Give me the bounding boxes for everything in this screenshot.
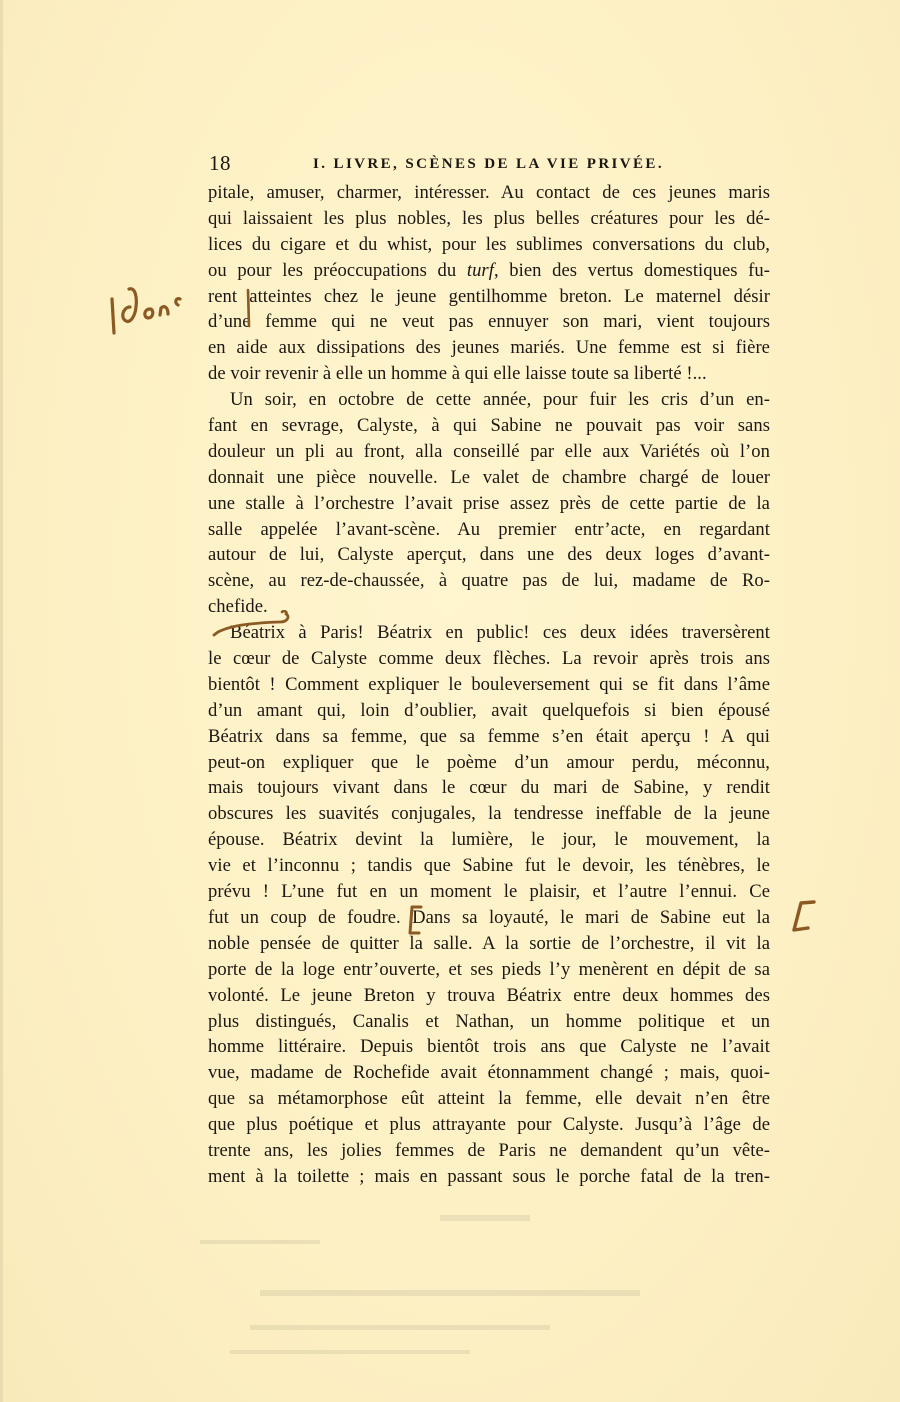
page-header: 18 I. LIVRE, SCÈNES DE LA VIE PRIVÉE. [209, 150, 771, 176]
text-line: mais toujours vivant dans le cœur du mar… [208, 775, 770, 801]
text-line: homme littéraire. Depuis bientôt trois a… [208, 1034, 770, 1060]
text-line: pitale, amuser, charmer, intéresser. Au … [208, 180, 770, 206]
text-line: fut un coup de foudre. Dans sa loyauté, … [208, 905, 770, 931]
text-line: scène, au rez-de-chaussée, à quatre pas … [208, 568, 770, 594]
paragraph-bracket-inline [406, 904, 424, 936]
text-line: salle appelée l’avant-scène. Au premier … [208, 517, 770, 543]
text-line: ment à la toilette ; mais en passant sou… [208, 1164, 770, 1190]
text-line: chefide. [208, 594, 770, 620]
paragraph-start-line: Béatrix à Paris! Béatrix en public! ces … [208, 620, 770, 646]
text-line: que sa métamorphose eût atteint la femme… [208, 1086, 770, 1112]
text-line: vie et l’inconnu ; tandis que Sabine fut… [208, 853, 770, 879]
text-line: lices du cigare et du whist, pour les su… [208, 232, 770, 258]
text-line: ou pour les préoccupations du turf, bien… [208, 258, 770, 284]
text-line: noble pensée de quitter la salle. A la s… [208, 931, 770, 957]
text-line: d’une femme qui ne veut pas ennuyer son … [208, 309, 770, 335]
paragraph-bracket-margin [790, 898, 820, 934]
text-line: qui laissaient les plus nobles, les plus… [208, 206, 770, 232]
text-segment: , bien des vertus domestiques fu- [494, 260, 770, 281]
text-line: porte de la loge entr’ouverte, et ses pi… [208, 957, 770, 983]
insertion-mark [244, 288, 254, 328]
text-segment: ou pour les préoccupations du [208, 260, 467, 281]
paragraph-join-mark [210, 610, 290, 640]
text-line: le cœur de Calyste comme deux flèches. L… [208, 646, 770, 672]
text-line: Béatrix dans sa femme, que sa femme s’en… [208, 724, 770, 750]
text-line: fant en sevrage, Calyste, à qui Sabine n… [208, 413, 770, 439]
text-line: de voir revenir à elle un homme à qui el… [208, 361, 770, 387]
text-line: bientôt ! Comment expliquer le boulevers… [208, 672, 770, 698]
page-edge [0, 0, 3, 1402]
italic-word: turf [467, 260, 494, 281]
text-line: obscures les suavités conjugales, la ten… [208, 801, 770, 827]
text-line: rent atteintes chez le jeune gentilhomme… [208, 284, 770, 310]
running-head: I. LIVRE, SCÈNES DE LA VIE PRIVÉE. [313, 151, 664, 177]
paragraph-start-line: Un soir, en octobre de cette année, pour… [208, 387, 770, 413]
handwritten-margin-note: Donc [106, 285, 196, 345]
body-text: pitale, amuser, charmer, intéresser. Au … [208, 180, 770, 1190]
text-line: vue, madame de Rochefide avait étonnamme… [208, 1060, 770, 1086]
text-line: donnait une pièce nouvelle. Le valet de … [208, 465, 770, 491]
text-line: en aide aux dissipations des jeunes mari… [208, 335, 770, 361]
text-line: prévu ! L’une fut en un moment le plaisi… [208, 879, 770, 905]
text-line: douleur un pli au front, alla conseillé … [208, 439, 770, 465]
text-line: une stalle à l’orchestre l’avait prise a… [208, 491, 770, 517]
text-line: épouse. Béatrix devint la lumière, le jo… [208, 827, 770, 853]
page-number: 18 [209, 150, 231, 176]
text-line: volonté. Le jeune Breton y trouva Béatri… [208, 983, 770, 1009]
text-line: que plus poétique et plus attrayante pou… [208, 1112, 770, 1138]
text-line: peut-on expliquer que le poème d’un amou… [208, 750, 770, 776]
text-line: trente ans, les jolies femmes de Paris n… [208, 1138, 770, 1164]
text-line: autour de lui, Calyste aperçut, dans une… [208, 542, 770, 568]
text-line: d’un amant qui, loin d’oublier, avait qu… [208, 698, 770, 724]
text-line: plus distingués, Canalis et Nathan, un h… [208, 1009, 770, 1035]
